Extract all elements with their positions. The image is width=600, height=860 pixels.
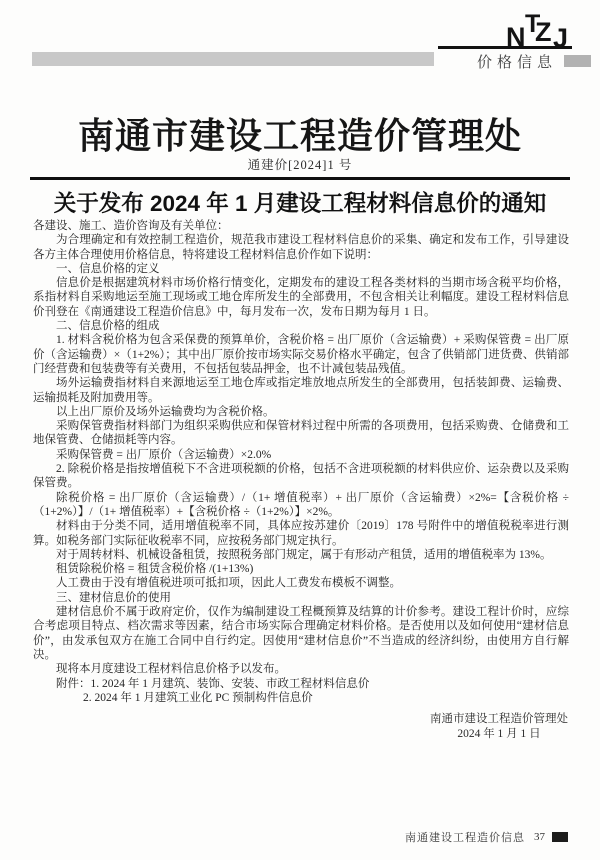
body-paragraph: 现将本月度建设工程材料信息价格予以发布。 <box>33 662 569 676</box>
body-paragraph: 三、建材信息价的使用 <box>33 591 569 605</box>
tagline-accent-box <box>564 55 591 67</box>
masthead-tagline: 价格信息 <box>477 51 557 72</box>
header-accent-bar <box>32 52 434 66</box>
body-paragraph: 采购保管费 = 出厂原价（含运输费）×2.0% <box>33 448 569 462</box>
notice-title: 关于发布 2024 年 1 月建设工程材料信息价的通知 <box>0 186 600 218</box>
body-paragraph: 一、信息价格的定义 <box>33 262 569 276</box>
ntzj-logo-icon: N T Z J <box>505 10 575 50</box>
body-paragraph: 采购保管费指材料部门为组织采购供应和保管材料过程中所需的各项费用，包括采购费、仓… <box>33 419 569 448</box>
document-number: 通建价[2024]1 号 <box>0 155 600 173</box>
signature-date: 2024 年 1 月 1 日 <box>430 727 568 742</box>
body-paragraph: 场外运输费指材料自来源地运至工地仓库或指定堆放地点所发生的全部费用，包括装卸费、… <box>33 376 569 405</box>
body-paragraph: 各建设、施工、造价咨询及有关单位： <box>33 219 569 233</box>
body-paragraph: 材料由于分类不同，适用增值税率不同，具体应按苏建价〔2019〕178 号附件中的… <box>33 519 569 548</box>
header-rule <box>30 177 570 180</box>
logo-letter: Z <box>535 19 552 46</box>
footer-accent-box <box>552 832 568 842</box>
body-paragraph: 二、信息价格的组成 <box>33 319 569 333</box>
body-paragraph: 人工费由于没有增值税进项可抵扣项，因此人工费发布模板不调整。 <box>33 576 569 590</box>
page-footer: 南通建设工程造价信息 37 <box>405 829 568 845</box>
logo-letter: J <box>553 25 568 52</box>
body-paragraph: 信息价是根据建筑材料市场价格行情变化，定期发布的建设工程各类材料的当期市场含税平… <box>33 276 569 319</box>
body-paragraph: 以上出厂原价及场外运输费均为含税价格。 <box>33 405 569 419</box>
body-paragraph: 除税价格 = 出厂原价（含运输费）/（1+ 增值税率）+ 出厂原价（含运输费）×… <box>33 491 569 520</box>
body-paragraph: 建材信息价不属于政府定价，仅作为编制建设工程概预算及结算的计价参考。建设工程计价… <box>33 605 569 662</box>
body-paragraph: 附件：1. 2024 年 1 月建筑、装饰、安装、市政工程材料信息价 <box>33 677 569 691</box>
signature-block: 南通市建设工程造价管理处 2024 年 1 月 1 日 <box>430 712 568 742</box>
body-paragraph: 1. 材料含税价格为包含采保费的预算单价，含税价格 = 出厂原价（含运输费）+ … <box>33 333 569 376</box>
logo-letter: N <box>506 24 526 51</box>
notice-body: 各建设、施工、造价咨询及有关单位：为合理确定和有效控制工程造价，规范我市建设工程… <box>33 219 569 705</box>
footer-journal-name: 南通建设工程造价信息 <box>405 829 525 845</box>
notice-page: N T Z J 价格信息 南通市建设工程造价管理处 通建价[2024]1 号 关… <box>0 0 600 860</box>
issuing-org-title: 南通市建设工程造价管理处 <box>0 108 600 159</box>
signature-org: 南通市建设工程造价管理处 <box>430 712 568 727</box>
body-paragraph: 为合理确定和有效控制工程造价，规范我市建设工程材料信息价的采集、确定和发布工作，… <box>33 233 569 262</box>
body-paragraph: 2. 2024 年 1 月建筑工业化 PC 预制构件信息价 <box>33 691 569 705</box>
body-paragraph: 租赁除税价格 = 租赁含税价格 /(1+13%) <box>33 562 569 576</box>
body-paragraph: 对于周转材料、机械设备租赁，按照税务部门规定，属于有形动产租赁，适用的增值税率为… <box>33 548 569 562</box>
body-paragraph: 2. 除税价格是指按增值税下不含进项税额的价格，包括不含进项税额的材料供应价、运… <box>33 462 569 491</box>
footer-page-number: 37 <box>534 831 545 843</box>
